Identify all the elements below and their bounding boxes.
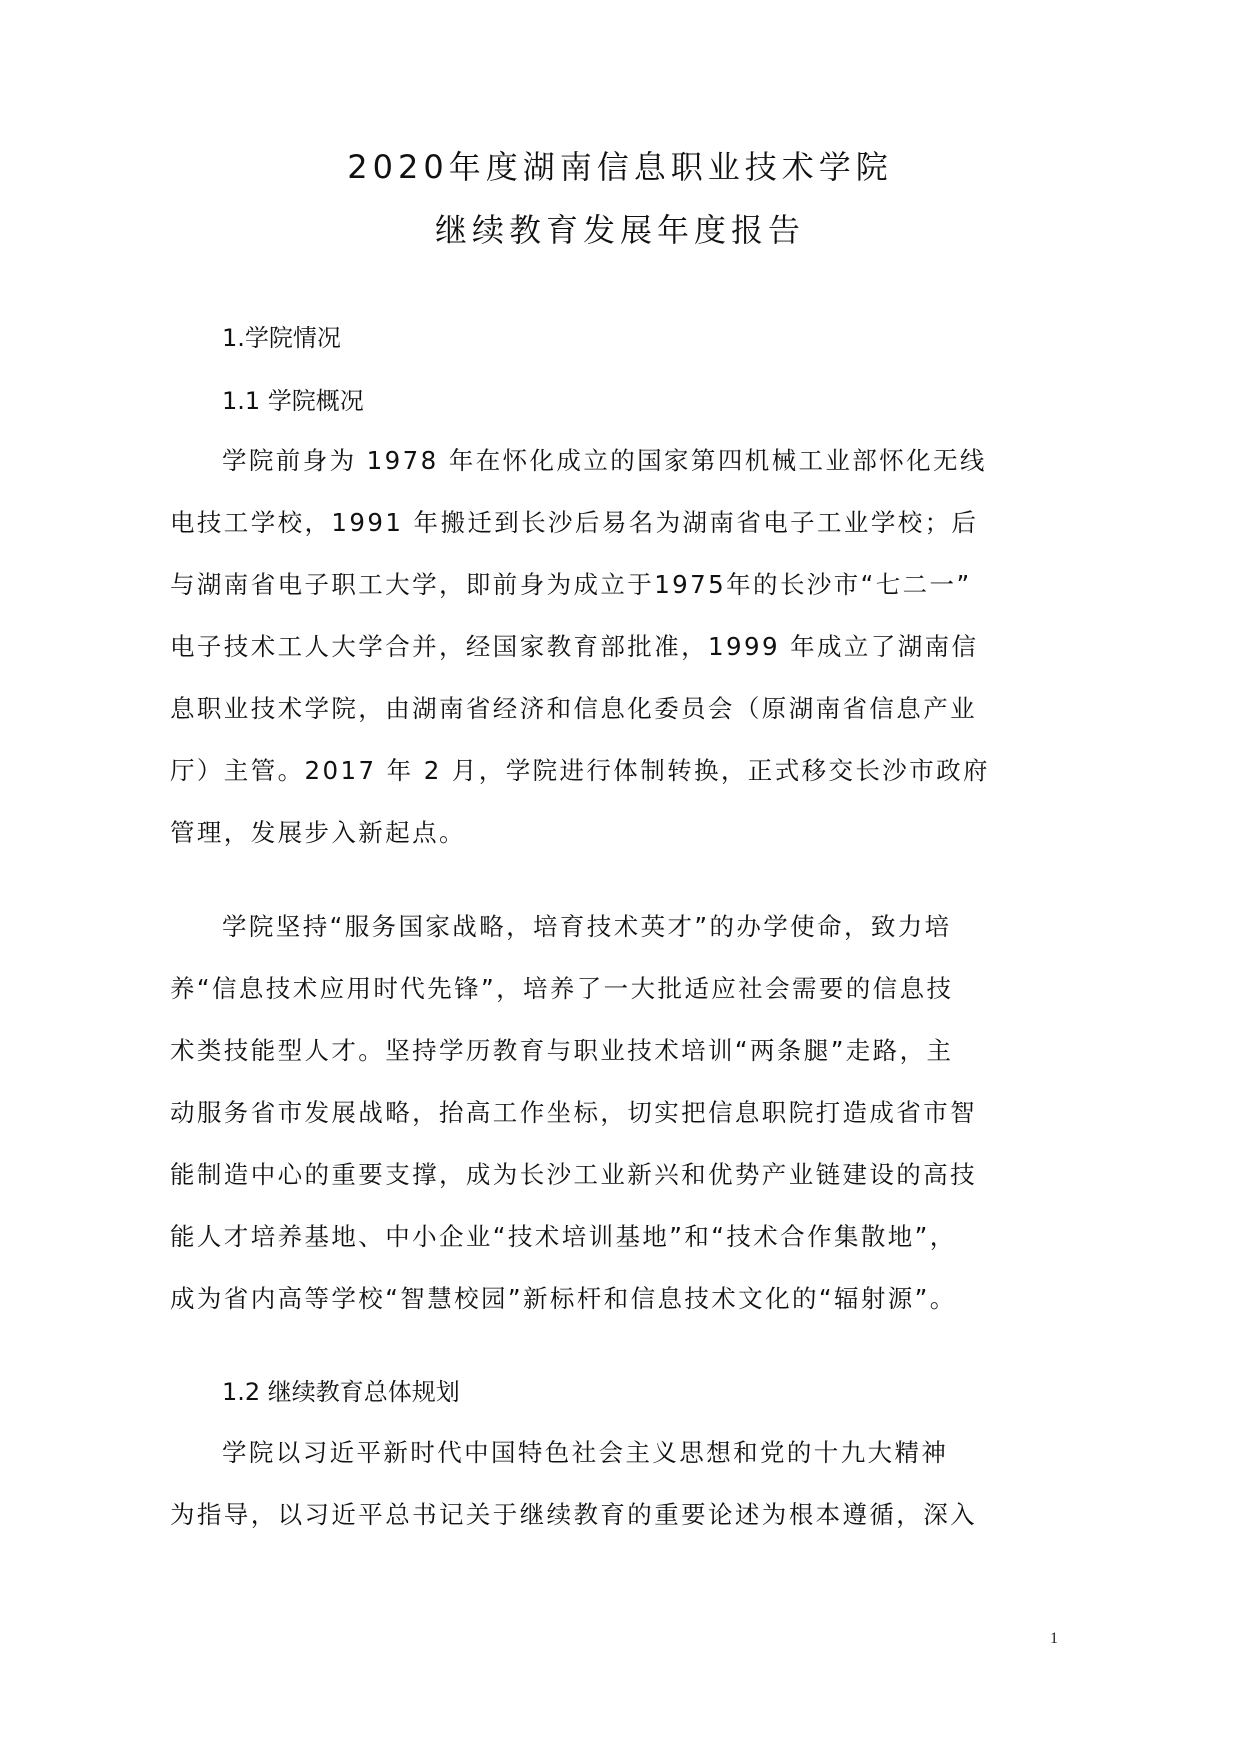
document-title-line-1: 2020年度湖南信息职业技术学院 [0, 142, 1240, 188]
page-number: 1 [1050, 1630, 1058, 1648]
paragraph-line: 息职业技术学院，由湖南省经济和信息化委员会（原湖南省信息产业 [170, 690, 1050, 725]
document-page: 2020年度湖南信息职业技术学院 继续教育发展年度报告 1.学院情况 1.1 学… [0, 0, 1240, 1754]
paragraph-line: 电子技术工人大学合并，经国家教育部批准，1999 年成立了湖南信 [170, 628, 1050, 663]
paragraph-line: 能人才培养基地、中小企业“技术培训基地”和“技术合作集散地”， [170, 1218, 1050, 1253]
document-title-line-2: 继续教育发展年度报告 [0, 205, 1240, 251]
paragraph-line: 养“信息技术应用时代先锋”，培养了一大批适应社会需要的信息技 [170, 970, 1050, 1005]
paragraph-line: 动服务省市发展战略，抬高工作坐标，切实把信息职院打造成省市智 [170, 1094, 1050, 1129]
paragraph-line: 术类技能型人才。坚持学历教育与职业技术培训“两条腿”走路，主 [170, 1032, 1050, 1067]
section-heading-1-2: 1.2 继续教育总体规划 [222, 1372, 460, 1407]
section-heading-1: 1.学院情况 [222, 318, 341, 353]
paragraph-line: 厅）主管。2017 年 2 月，学院进行体制转换，正式移交长沙市政府 [170, 752, 1050, 787]
paragraph-line: 与湖南省电子职工大学，即前身为成立于1975年的长沙市“七二一” [170, 566, 1050, 601]
paragraph-line: 学院坚持“服务国家战略，培育技术英才”的办学使命，致力培 [222, 908, 1050, 943]
paragraph-line: 为指导，以习近平总书记关于继续教育的重要论述为根本遵循，深入 [170, 1496, 1050, 1531]
paragraph-line: 学院前身为 1978 年在怀化成立的国家第四机械工业部怀化无线 [222, 442, 1050, 477]
paragraph-line: 学院以习近平新时代中国特色社会主义思想和党的十九大精神 [222, 1434, 1050, 1469]
paragraph-line: 能制造中心的重要支撑，成为长沙工业新兴和优势产业链建设的高技 [170, 1156, 1050, 1191]
paragraph-line: 管理，发展步入新起点。 [170, 814, 1050, 849]
paragraph-line: 电技工学校，1991 年搬迁到长沙后易名为湖南省电子工业学校；后 [170, 504, 1050, 539]
section-heading-1-1: 1.1 学院概况 [222, 381, 364, 416]
paragraph-line: 成为省内高等学校“智慧校园”新标杆和信息技术文化的“辐射源”。 [170, 1280, 1050, 1315]
